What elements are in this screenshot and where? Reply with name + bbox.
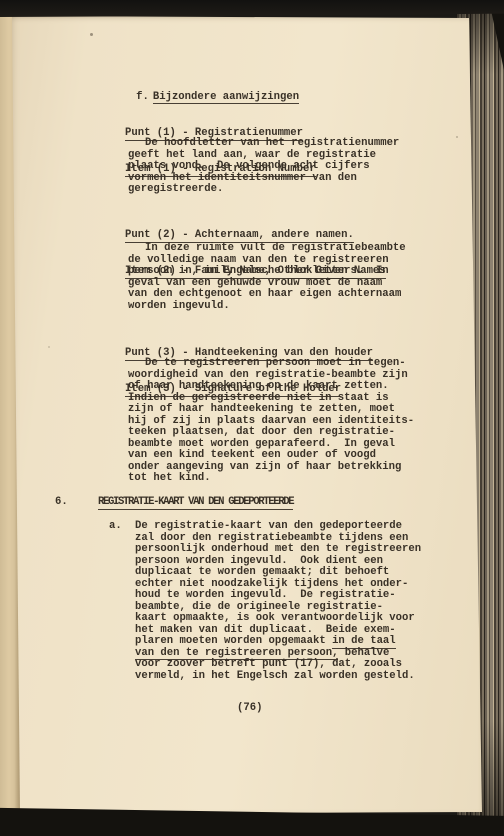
page-number: (76) — [237, 703, 262, 715]
paper-speck — [48, 346, 50, 348]
book-scan: f.Bijzondere aanwijzingen Punt (1) - Reg… — [0, 0, 504, 836]
point-1-paragraph: De hoofdletter van het registratienummer… — [128, 138, 438, 196]
scan-border-top — [0, 0, 504, 17]
point-2-punt-row: Punt (2) - Achternaam, andere namen. — [125, 229, 386, 242]
paper-speck — [456, 136, 458, 138]
item-a-paragraph: De registratie-kaart van den gedeporteer… — [135, 521, 445, 682]
paper-speck — [246, 168, 248, 170]
section-6-title: REGISTRATIE-KAART VAN DEN GEDEPORTEERDE — [98, 497, 293, 510]
subsection-f-marker: f. — [136, 91, 149, 103]
paper-speck — [90, 33, 93, 36]
item-a-marker: a. — [109, 521, 122, 533]
point-2-paragraph: In deze ruimte vult de registratiebeambt… — [128, 243, 438, 312]
document-page: f.Bijzondere aanwijzingen Punt (1) - Reg… — [8, 16, 484, 814]
point-3-paragraph: De te registreeren persoon moet in tegen… — [128, 358, 438, 485]
point-2-punt-label: Punt (2) - Achternaam, andere namen. — [125, 229, 354, 243]
subsection-f-title: Bijzondere aanwijzingen — [153, 91, 299, 105]
section-6-number: 6. — [55, 497, 68, 509]
